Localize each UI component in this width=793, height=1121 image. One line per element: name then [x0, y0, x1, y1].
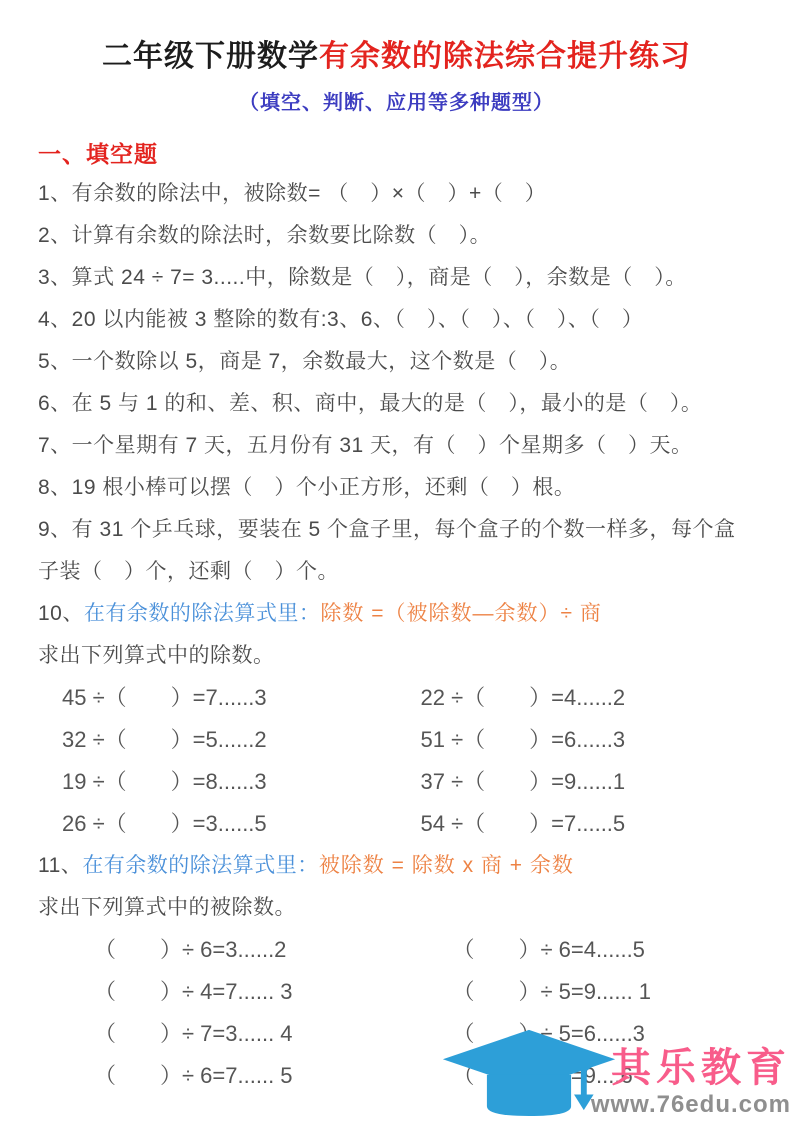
watermark-text: 其乐教育 www.76edu.com — [591, 1045, 791, 1121]
question-2: 2、计算有余数的除法时，余数要比除数（ ）。 — [38, 215, 755, 257]
equation: 45 ÷（ ）=7......3 — [38, 677, 397, 719]
question-10-subtext: 求出下列算式中的除数。 — [38, 635, 755, 677]
equation: 32 ÷（ ）=5......2 — [38, 719, 397, 761]
worksheet-page: 二年级下册数学有余数的除法综合提升练习 （填空、判断、应用等多种题型） 一、填空… — [0, 0, 793, 1121]
equation: 54 ÷（ ）=7......5 — [397, 803, 756, 845]
question-10: 10、在有余数的除法算式里：除数 =（被除数—余数）÷ 商 — [38, 593, 755, 635]
question-10-intro: 在有余数的除法算式里： — [84, 602, 321, 625]
question-1: 1、有余数的除法中，被除数= （ ）×（ ）+（ ） — [38, 173, 755, 215]
watermark-logo: 其乐教育 www.76edu.com — [431, 1024, 791, 1121]
equation: （ ）÷ 5=9...... 1 — [397, 971, 756, 1013]
equation: 26 ÷（ ）=3......5 — [38, 803, 397, 845]
question-3: 3、算式 24 ÷ 7= 3.....中，除数是（ ），商是（ ），余数是（ ）… — [38, 257, 755, 299]
question-6: 6、在 5 与 1 的和、差、积、商中，最大的是（ ），最小的是（ ）。 — [38, 383, 755, 425]
question-11-formula: 被除数 = 除数 x 商 + 余数 — [319, 854, 574, 877]
question-11-subtext: 求出下列算式中的被除数。 — [38, 887, 755, 929]
page-title-black: 二年级下册数学 — [102, 40, 319, 73]
question-11-intro: 在有余数的除法算式里： — [82, 854, 319, 877]
question-7: 7、一个星期有 7 天，五月份有 31 天，有（ ）个星期多（ ）天。 — [38, 425, 755, 467]
section-heading-fill-blanks: 一、填空题 — [38, 136, 755, 169]
equation: （ ）÷ 6=7...... 5 — [38, 1055, 397, 1097]
page-subtitle: （填空、判断、应用等多种题型） — [38, 86, 755, 115]
equation: （ ）÷ 7=3...... 4 — [38, 1013, 397, 1055]
question-10-number: 10、 — [38, 602, 84, 625]
question-5: 5、一个数除以 5，商是 7，余数最大，这个数是（ ）。 — [38, 341, 755, 383]
equation: （ ）÷ 6=3......2 — [38, 929, 397, 971]
question-11: 11、在有余数的除法算式里：被除数 = 除数 x 商 + 余数 — [38, 845, 755, 887]
question-11-number: 11、 — [38, 854, 82, 877]
page-title-red: 有余数的除法综合提升练习 — [319, 40, 691, 73]
worksheet-content: 二年级下册数学有余数的除法综合提升练习 （填空、判断、应用等多种题型） 一、填空… — [0, 0, 793, 1097]
page-title: 二年级下册数学有余数的除法综合提升练习 — [38, 38, 755, 76]
question-4: 4、20 以内能被 3 整除的数有:3、6、（ ）、（ ）、（ ）、（ ） — [38, 299, 755, 341]
question-10-formula: 除数 =（被除数—余数）÷ 商 — [320, 602, 601, 625]
equation: （ ）÷ 6=4......5 — [397, 929, 756, 971]
equation: 22 ÷（ ）=4......2 — [397, 677, 756, 719]
equation: 37 ÷（ ）=9......1 — [397, 761, 756, 803]
equation: 51 ÷（ ）=6......3 — [397, 719, 756, 761]
watermark-url: www.76edu.com — [591, 1091, 791, 1119]
question-10-equations: 45 ÷（ ）=7......3 22 ÷（ ）=4......2 32 ÷（ … — [38, 677, 755, 845]
question-8: 8、19 根小棒可以摆（ ）个小正方形，还剩（ ）根。 — [38, 467, 755, 509]
equation: 19 ÷（ ）=8......3 — [38, 761, 397, 803]
watermark-brand: 其乐教育 — [611, 1045, 791, 1091]
question-9: 9、有 31 个乒乓球，要装在 5 个盒子里，每个盒子的个数一样多，每个盒子装（… — [38, 509, 755, 593]
equation: （ ）÷ 4=7...... 3 — [38, 971, 397, 1013]
